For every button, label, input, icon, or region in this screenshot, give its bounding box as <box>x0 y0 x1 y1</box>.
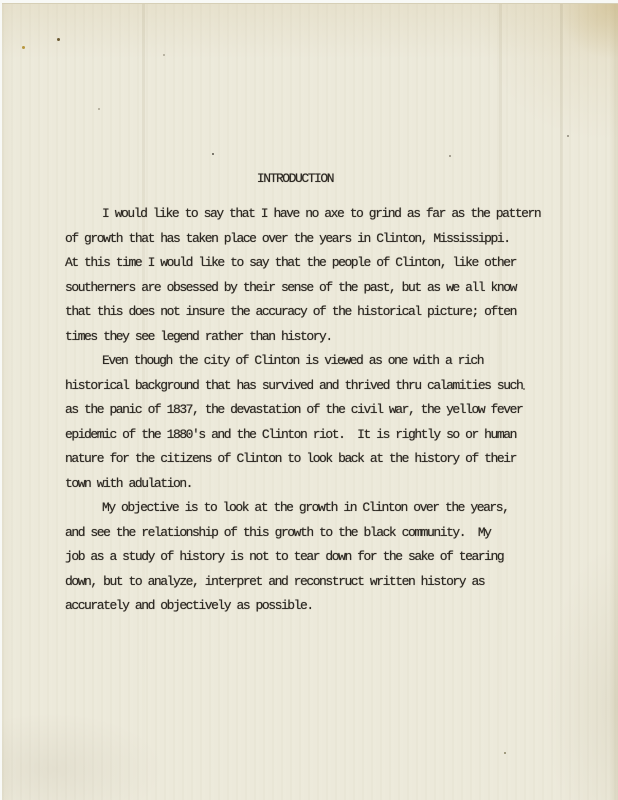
document-title: INTRODUCTION <box>65 171 525 186</box>
paper-speck <box>567 135 569 137</box>
paper-speck <box>163 54 165 56</box>
paragraph-2: Even though the city of Clinton is viewe… <box>65 349 567 496</box>
paper-speck <box>98 108 100 110</box>
document-body: I would like to say that I have no axe t… <box>65 202 567 619</box>
paper-sheet: INTRODUCTION I would like to say that I … <box>2 3 618 800</box>
scanned-document-page: INTRODUCTION I would like to say that I … <box>0 0 618 800</box>
paper-speck <box>212 153 214 155</box>
paper-speck <box>449 155 451 157</box>
paper-speck <box>57 38 60 41</box>
paragraph-1: I would like to say that I have no axe t… <box>65 202 567 349</box>
paper-speck <box>22 46 25 49</box>
paragraph-3: My objective is to look at the growth in… <box>65 496 567 619</box>
paper-speck <box>504 752 506 754</box>
